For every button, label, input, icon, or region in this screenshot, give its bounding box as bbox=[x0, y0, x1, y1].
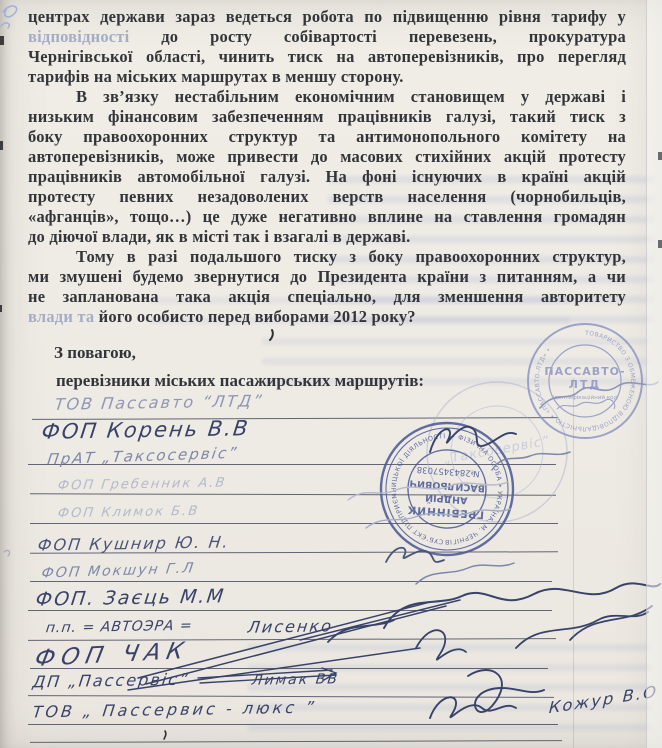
signature-line-rule bbox=[28, 638, 556, 641]
doc-line: до діючої влади, як в місті так і взагал… bbox=[28, 227, 626, 247]
scanned-letter-page: центрах держави зараз ведеться робота по… bbox=[0, 0, 662, 748]
signer-entry: ДП „Пассервіс” bbox=[32, 670, 191, 692]
stamp-grebinnyk-patronymic: ВАСИЛЬОВИЧ bbox=[409, 477, 485, 493]
signer-entry: п.п. = АВТОЭРА = bbox=[45, 618, 194, 637]
stamp-grebinnyk-surname: ГРЕБІННИК bbox=[406, 503, 484, 520]
signature-line-rule bbox=[30, 493, 556, 495]
scan-edge-mark bbox=[0, 305, 2, 312]
signature-line-rule bbox=[30, 523, 558, 524]
scan-right-edge bbox=[646, 0, 662, 748]
signer-entry: ФОП Корень В.В bbox=[40, 416, 251, 444]
signer-name: Лисенко bbox=[247, 616, 335, 636]
doc-line: центрах держави зараз ведеться робота по… bbox=[28, 7, 626, 27]
signer-entry: ФОП. Заєць М.М bbox=[34, 585, 226, 610]
signer-entry: ФОП Мокшун Г.Л bbox=[40, 560, 196, 581]
signer-entry: ФОП Кушнир Ю. Н. bbox=[37, 532, 231, 554]
signer-name: Кожур В.О bbox=[548, 682, 658, 717]
faded-word: влади та bbox=[28, 307, 99, 326]
showthrough-text-block bbox=[248, 644, 652, 734]
doc-line: відповідності до росту собівартості пере… bbox=[28, 27, 626, 47]
doc-line-rest: його особисто перед виборами 2012 року? bbox=[99, 307, 416, 326]
stamp-grebinnyk-number: №2843457038 bbox=[417, 464, 480, 478]
scan-edge-mark bbox=[658, 240, 662, 248]
scan-edge-mark bbox=[0, 141, 3, 150]
doc-line: «афганців», тощо…) це дуже негативно впл… bbox=[28, 207, 626, 227]
stamp-taksoservis-title: „Таксосервіс” bbox=[443, 434, 551, 467]
signature-line-rule bbox=[30, 668, 548, 669]
signer-entry: ТОВ Пассавто “ЛТД” bbox=[54, 391, 265, 414]
stamp-passavto-title1: ПАССАВТО- bbox=[544, 365, 625, 378]
doc-line: не запланована така акція спеціально, дл… bbox=[28, 287, 626, 307]
doc-line: автоперевізників, може привести до масов… bbox=[28, 147, 626, 167]
doc-line: протесту певних незадоволених верств нас… bbox=[28, 187, 626, 207]
doc-line: ми змушені будемо звернутися до Президен… bbox=[28, 267, 626, 287]
doc-line: тарифів на міських маршрутах в меншу сто… bbox=[28, 67, 626, 87]
doc-line-rest: до росту собівартості перевезень, прокур… bbox=[161, 27, 626, 46]
faded-word: відповідності bbox=[28, 27, 161, 46]
stamp-passavto-subtitle: ідентифікаційний код bbox=[553, 394, 618, 401]
closing-salutation: З повагою, bbox=[54, 343, 136, 363]
signer-entry: ФОП Гребенник А.В bbox=[57, 476, 227, 494]
doc-line: Тому в разі подальшого тиску з боку прав… bbox=[28, 247, 626, 267]
paper-crease bbox=[573, 378, 574, 748]
doc-line: низьким фінансовим забезпеченням працівн… bbox=[28, 107, 626, 127]
signature-line-rule bbox=[30, 581, 552, 582]
doc-line: працівників автомобільної галузі. На фон… bbox=[28, 167, 626, 187]
signature-line-rule bbox=[28, 724, 558, 725]
signer-name: Лимак ВВ bbox=[251, 671, 340, 689]
signer-entry: ТОВ „ Пассервис - люкс ” bbox=[32, 698, 318, 722]
doc-line: Чернігівської області, чинить тиск на ав… bbox=[28, 47, 626, 67]
signature-line-rule bbox=[30, 740, 562, 743]
svg-text:СУБ’ЄКТ ПІДПРИЄМНИЦЬКОЇ ДІЯЛЬН: СУБ’ЄКТ ПІДПРИЄМНИЦЬКОЇ ДІЯЛЬНОСТІ — ФІЗ… bbox=[386, 428, 508, 550]
scan-edge-mark bbox=[658, 152, 662, 160]
signature-line-rule bbox=[28, 610, 552, 611]
scan-edge-mark bbox=[0, 36, 4, 45]
stamp-code-scrawl bbox=[557, 399, 615, 409]
doc-line: В зв’язку нестабільним економічним стано… bbox=[28, 87, 626, 107]
signer-entry: ФОП Климок Б.В bbox=[57, 504, 200, 521]
doc-line: влади та його особисто перед виборами 20… bbox=[28, 307, 626, 327]
signers-heading: перевізники міських пасажирських маршрут… bbox=[56, 371, 424, 391]
letter-body: центрах держави зараз ведеться робота по… bbox=[28, 7, 626, 327]
stamp-grebinnyk-ring-text: СУБ’ЄКТ ПІДПРИЄМНИЦЬКОЇ ДІЯЛЬНОСТІ — ФІЗ… bbox=[386, 428, 508, 550]
signer-entry: ФОП ЧАК bbox=[33, 638, 192, 672]
doc-line: боку правоохоронних структур та антимоно… bbox=[28, 127, 626, 147]
